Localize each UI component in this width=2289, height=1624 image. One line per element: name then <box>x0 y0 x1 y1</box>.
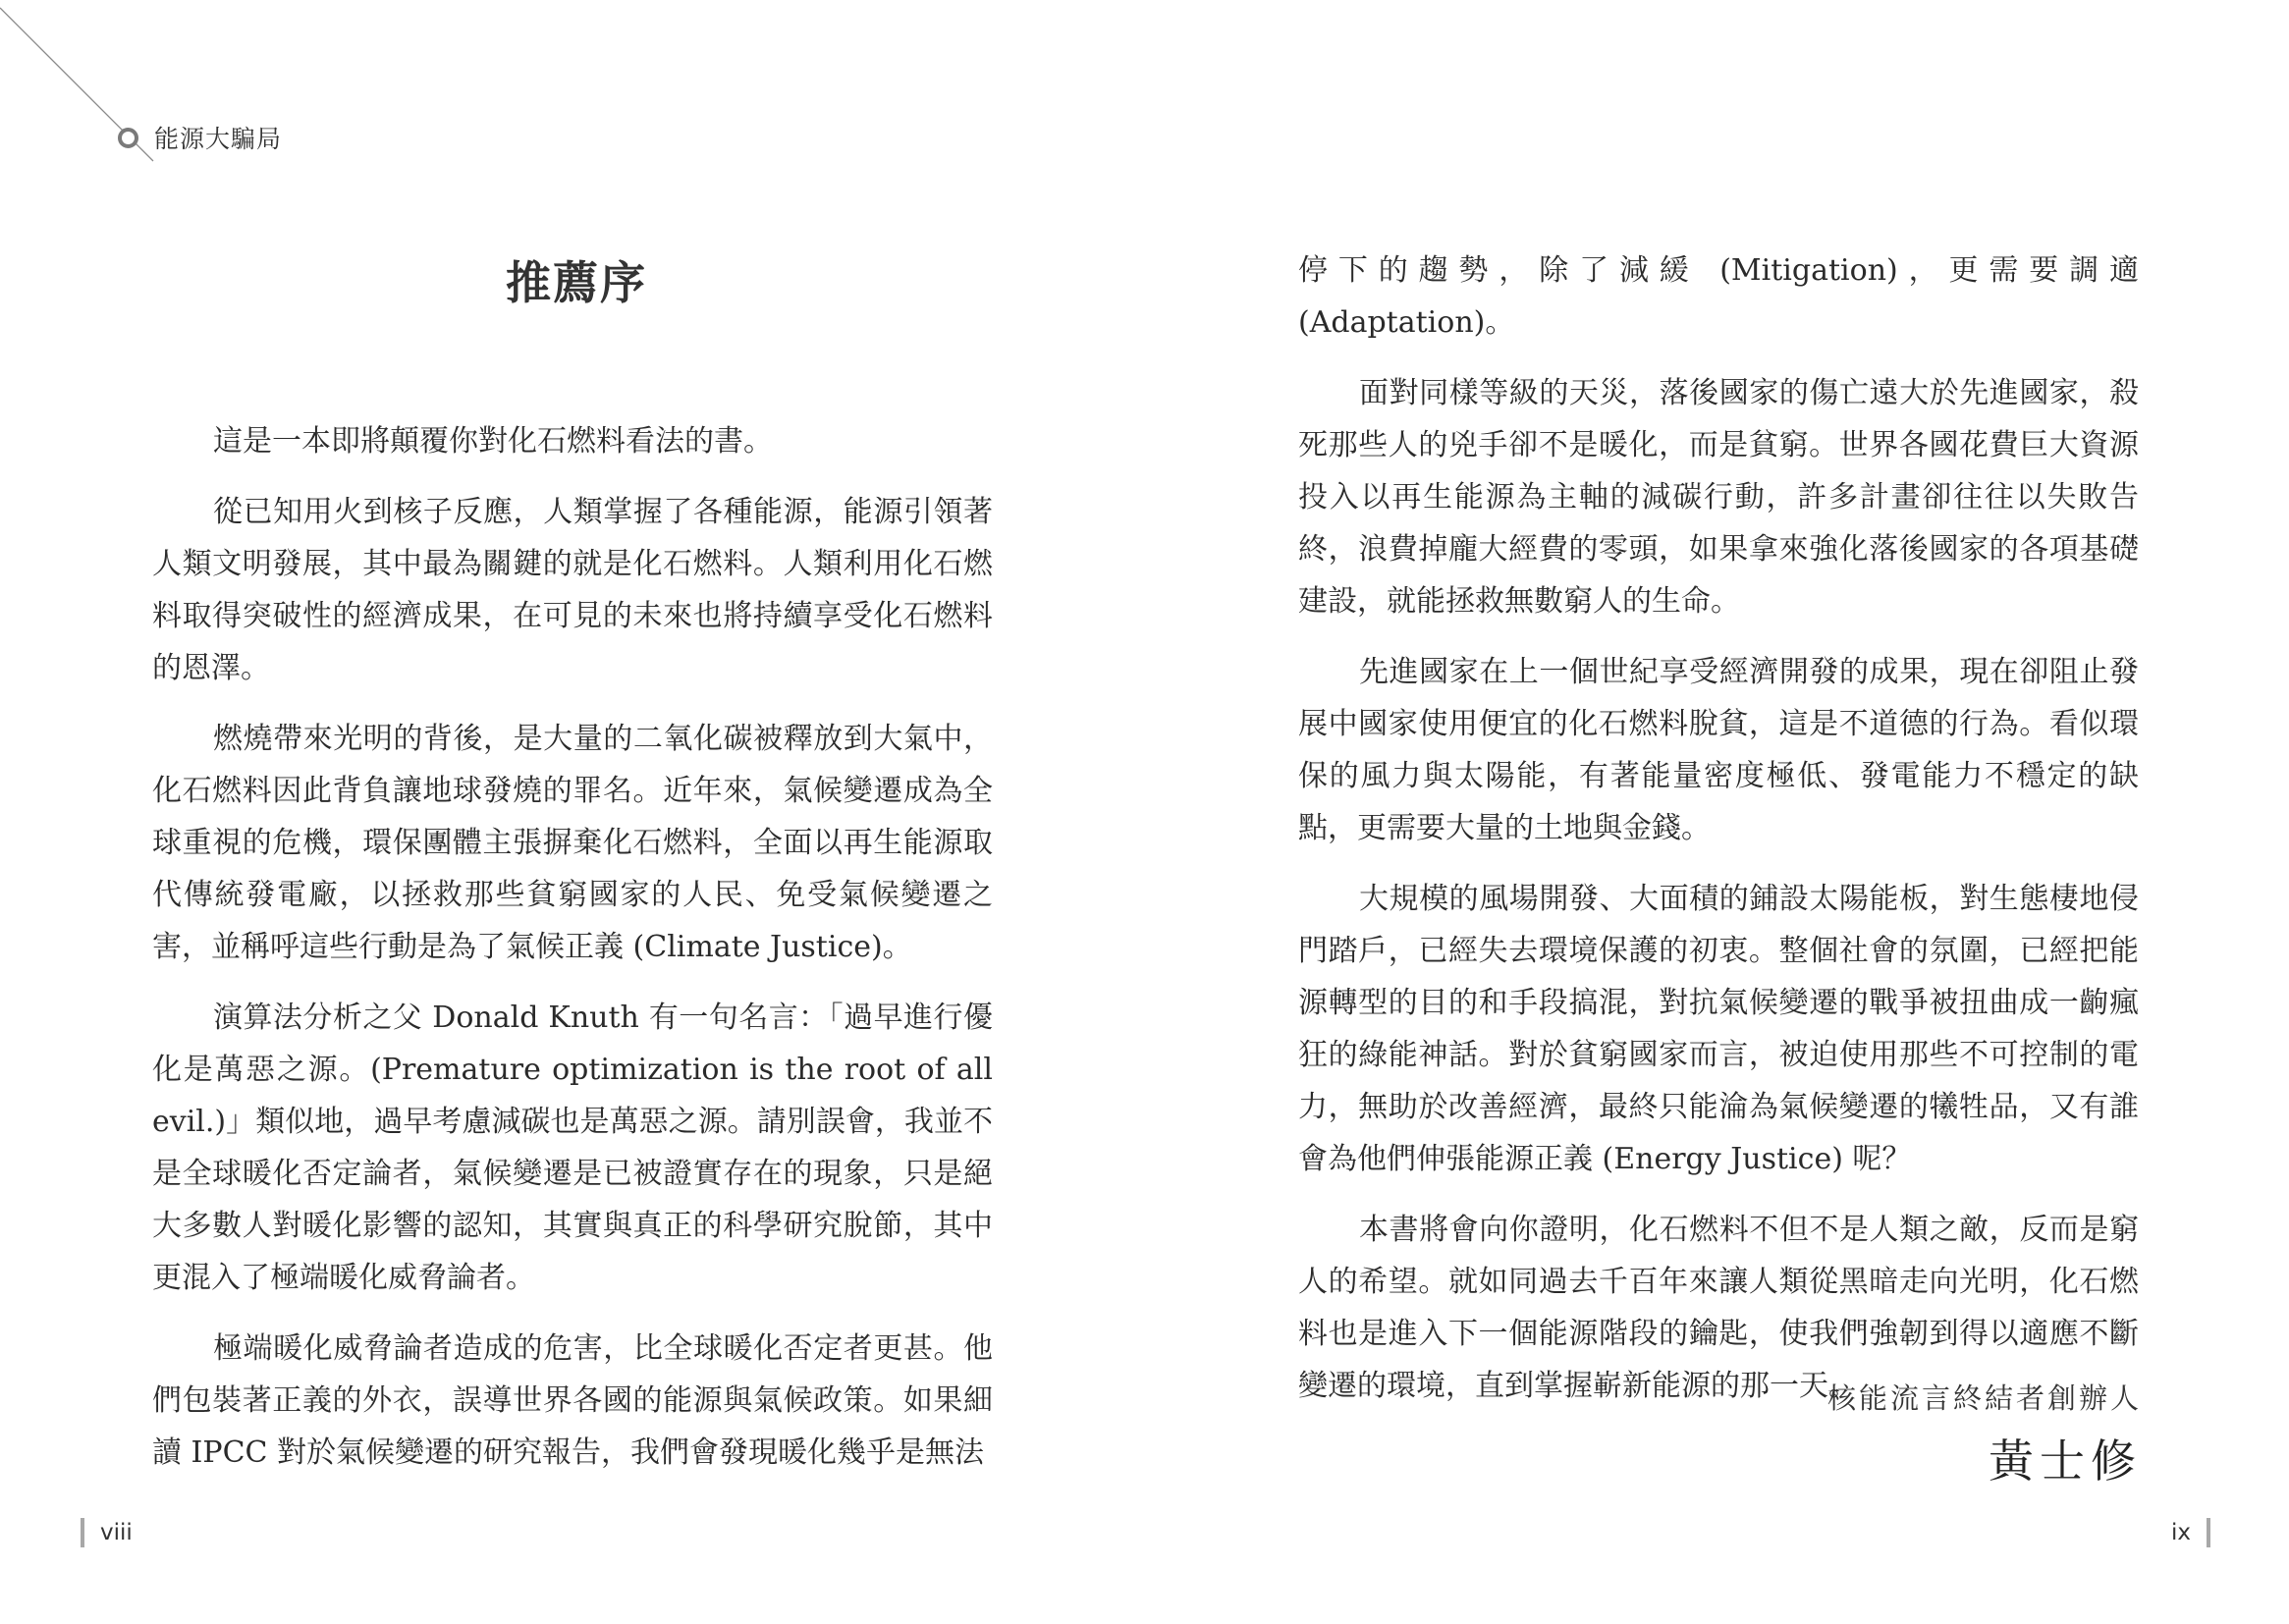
paragraph: 演算法分析之父 Donald Knuth 有一句名言：「過早進行優化是萬惡之源。… <box>152 992 993 1304</box>
paragraph-continued: 停下的趨勢，除了減緩 (Mitigation)，更需要調適 (Adaptatio… <box>1298 244 2139 349</box>
paragraph: 燃燒帶來光明的背後，是大量的二氧化碳被釋放到大氣中，化石燃料因此背負讓地球發燒的… <box>152 713 993 973</box>
paragraph: 極端暖化威脅論者造成的危害，比全球暖化否定者更甚。他們包裝著正義的外衣，誤導世界… <box>152 1323 993 1479</box>
running-head: 能源大騙局 <box>118 120 282 155</box>
ring-icon <box>118 128 138 148</box>
page-number: ix <box>2171 1520 2191 1545</box>
page-number: viii <box>100 1520 133 1545</box>
paragraph: 面對同樣等級的天災，落後國家的傷亡遠大於先進國家，殺死那些人的兇手卻不是暖化，而… <box>1298 367 2139 627</box>
paragraph: 先進國家在上一個世紀享受經濟開發的成果，現在卻阻止發展中國家使用便宜的化石燃料脫… <box>1298 646 2139 854</box>
left-text-column: 這是一本即將顛覆你對化石燃料看法的書。 從已知用火到核子反應，人類掌握了各種能源… <box>152 415 993 1497</box>
signature-name: 黃士修 <box>1989 1426 2142 1490</box>
chapter-title: 推薦序 <box>506 247 647 312</box>
page-number-left: viii <box>81 1517 133 1548</box>
paragraph: 這是一本即將顛覆你對化石燃料看法的書。 <box>152 415 993 467</box>
book-spread: 能源大騙局 推薦序 這是一本即將顛覆你對化石燃料看法的書。 從已知用火到核子反應… <box>0 0 2289 1624</box>
folio-bar <box>81 1518 84 1547</box>
right-page: 停下的趨勢，除了減緩 (Mitigation)，更需要調適 (Adaptatio… <box>1145 0 2289 1624</box>
right-text-column: 停下的趨勢，除了減緩 (Mitigation)，更需要調適 (Adaptatio… <box>1298 244 2139 1431</box>
book-title: 能源大騙局 <box>154 120 282 155</box>
folio-bar <box>2207 1518 2210 1547</box>
signature-role: 核能流言終結者創辦人 <box>1827 1377 2142 1417</box>
left-page: 能源大騙局 推薦序 這是一本即將顛覆你對化石燃料看法的書。 從已知用火到核子反應… <box>0 0 1144 1624</box>
page-number-right: ix <box>2171 1517 2210 1548</box>
paragraph: 從已知用火到核子反應，人類掌握了各種能源，能源引領著人類文明發展，其中最為關鍵的… <box>152 486 993 694</box>
paragraph: 大規模的風場開發、大面積的鋪設太陽能板，對生態棲地侵門踏戶，已經失去環境保護的初… <box>1298 873 2139 1185</box>
